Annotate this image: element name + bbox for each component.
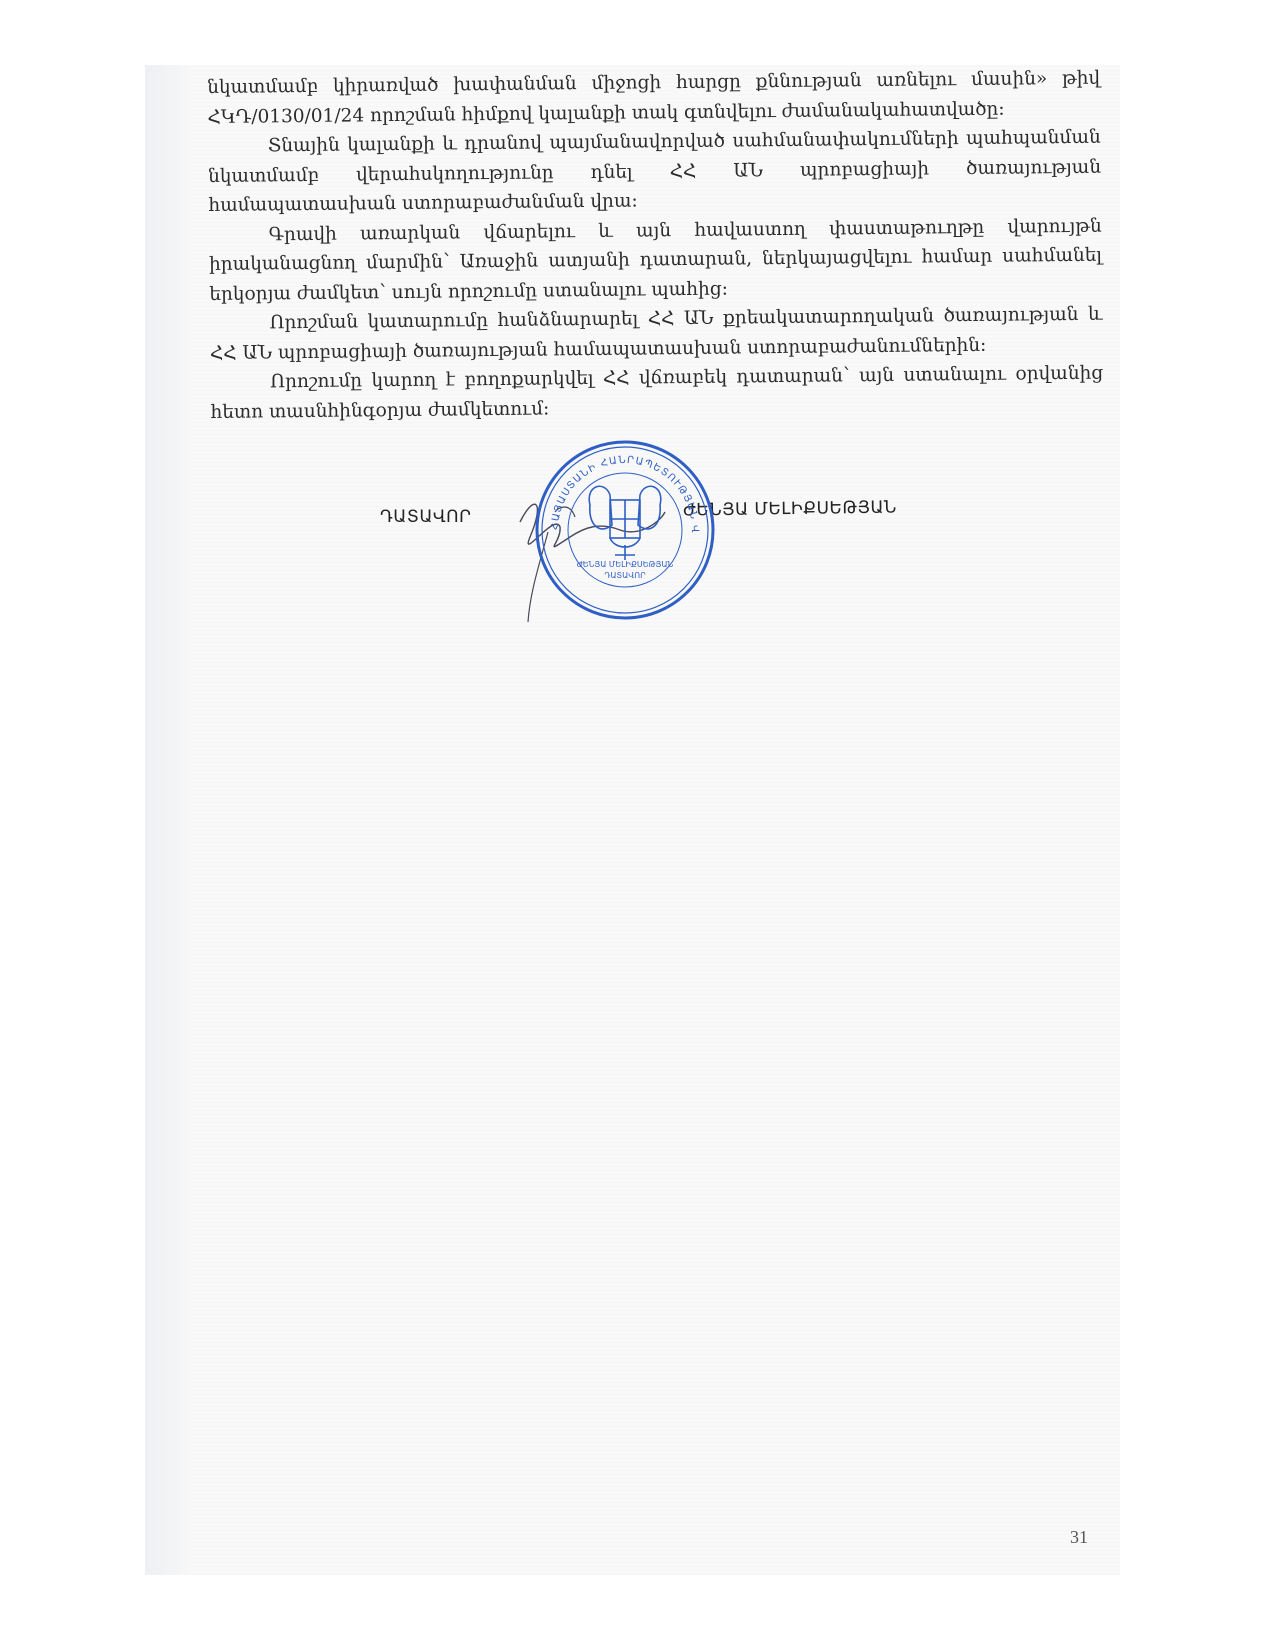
document-body: նկատմամբ կիրառված խափանման միջոցի հարցը …: [207, 64, 1104, 427]
page-number: 31: [1070, 1527, 1088, 1548]
judge-role-label: ԴԱՏԱՎՈՐ: [380, 507, 471, 527]
official-seal-icon: ՀԱՅԱՍՏԱՆԻ ՀԱՆՐԱՊԵՏՈՒԹՅԱՆ ՎԵՐԱՔՆՆԻՉ ՔՐԵԱԿ…: [530, 435, 720, 625]
paragraph: նկատմամբ կիրառված խափանման միջոցի հարցը …: [207, 64, 1101, 132]
svg-text:ԴԱՏԱՎՈՐ: ԴԱՏԱՎՈՐ: [604, 571, 646, 580]
paragraph: Գրավի առարկան վճարելու և այն հավաստող փա…: [209, 211, 1103, 309]
scanned-page: նկատմամբ կիրառված խափանման միջոցի հարցը …: [145, 65, 1120, 1575]
paragraph: Որոշման կատարումը հանձնարարել ՀՀ ԱՆ քրեա…: [209, 300, 1103, 368]
svg-text:ԺԵՆՅԱ ՄԵԼԻՔՍԵԹՅԱՆ: ԺԵՆՅԱ ՄԵԼԻՔՍԵԹՅԱՆ: [577, 560, 674, 569]
paragraph: Որոշումը կարող է բողոքարկվել ՀՀ վճռաբեկ …: [210, 359, 1104, 427]
paragraph: Տնային կալանքի և դրանով պայմանավորված սա…: [208, 123, 1102, 221]
scan-edge-shadow: [145, 65, 190, 1575]
